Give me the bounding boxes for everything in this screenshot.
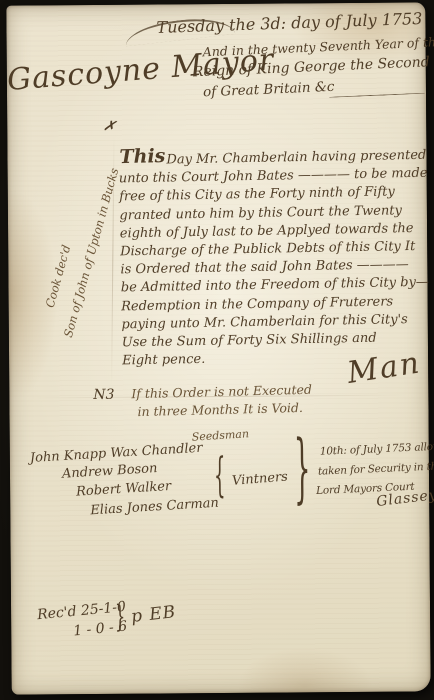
vintners-brace: { [214, 449, 226, 504]
cross-mark: ✗ [102, 116, 117, 136]
allowance-brace: } [294, 427, 311, 514]
void-note-marker: N3 [93, 387, 114, 403]
header-dash [329, 93, 425, 98]
receipt-initials: p EB [130, 602, 177, 627]
vintners-label: Vintners [232, 470, 289, 489]
void-note-line1: If this Order is not Executed [131, 382, 312, 402]
header-britain-line: of Great Britain &c [203, 79, 335, 101]
document-paper: Gascoyne Mayor Tuesday the 3d: day of Ju… [6, 2, 430, 694]
receipt-brace: } [115, 598, 125, 634]
surety-name-4: Elias Jones Carman [90, 496, 219, 519]
allowance-line2: taken for Security in the — [318, 460, 434, 478]
photo-background: Gascoyne Mayor Tuesday the 3d: day of Ju… [0, 0, 434, 700]
body-paragraph: Day Mr. Chamberlain having presented unt… [118, 147, 431, 371]
surety-name-3: Robert Walker [76, 479, 172, 500]
surety-name-1: John Knapp Wax Chandler [30, 441, 203, 466]
header-date-line: Tuesday the 3d: day of July 1753 [156, 9, 422, 37]
surety-name-2: Andrew Boson [62, 461, 158, 482]
margin-note-line2: Cook dec'd [43, 243, 74, 309]
allowance-line1: 10th: of July 1753 allowed & [320, 440, 434, 458]
void-note-line2: in three Months It is Void. [137, 400, 303, 419]
